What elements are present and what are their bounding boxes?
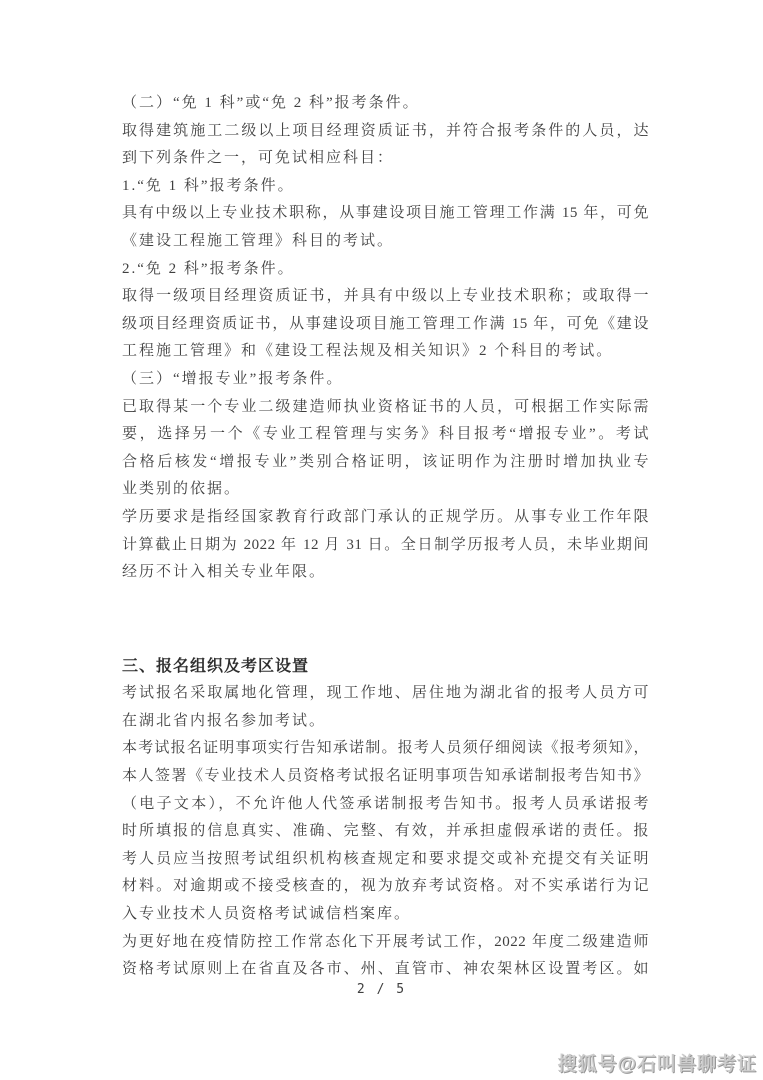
text-line: 到下列条件之一，可免试相应科目： [122,145,649,173]
text-line: 学历要求是指经国家教育行政部门承认的正规学历。从事专业工作年限 [122,504,649,532]
text-line: 工程施工管理》和《建设工程法规及相关知识》2 个科目的考试。 [122,338,649,366]
text-line: 在湖北省内报名参加考试。 [122,708,649,736]
text-line: 计算截止日期为 2022 年 12 月 31 日。全日制学历报考人员，未毕业期间 [122,532,649,560]
document-page: （二）“免 1 科”或“免 2 科”报考条件。取得建筑施工二级以上项目经理资质证… [0,0,763,1080]
text-line: 材料。对逾期或不接受核查的，视为放弃考试资格。对不实承诺行为记 [122,873,649,901]
text-line: 已取得某一个专业二级建造师执业资格证书的人员，可根据工作实际需 [122,394,649,422]
text-line: 具有中级以上专业技术职称，从事建设项目施工管理工作满 15 年，可免 [122,200,649,228]
text-line: 取得一级项目经理资质证书，并具有中级以上专业技术职称；或取得一 [122,283,649,311]
section-spacer [122,587,649,653]
text-line: 级项目经理资质证书，从事建设项目施工管理工作满 15 年，可免《建设 [122,311,649,339]
text-line: 本人签署《专业技术人员资格考试报名证明事项告知承诺制报考告知书》 [122,763,649,791]
text-line: 入专业技术人员资格考试诚信档案库。 [122,901,649,929]
text-line: 1.“免 1 科”报考条件。 [122,173,649,201]
text-line: 资格考试原则上在省直及各市、州、直管市、神农架林区设置考区。如 [122,956,649,984]
text-line: 时所填报的信息真实、准确、完整、有效，并承担虚假承诺的责任。报 [122,818,649,846]
text-line: 2.“免 2 科”报考条件。 [122,256,649,284]
text-line: 取得建筑施工二级以上项目经理资质证书，并符合报考条件的人员，达 [122,118,649,146]
text-line: 合格后核发“增报专业”类别合格证明，该证明作为注册时增加执业专 [122,449,649,477]
text-line: （电子文本），不允许他人代签承诺制报考告知书。报考人员承诺报考 [122,791,649,819]
watermark: 搜狐号@石叫兽聊考证 [557,1049,757,1076]
text-line: 《建设工程施工管理》科目的考试。 [122,228,649,256]
text-line: 经历不计入相关专业年限。 [122,559,649,587]
text-line: 考试报名采取属地化管理，现工作地、居住地为湖北省的报考人员方可 [122,680,649,708]
text-line: （三）“增报专业”报考条件。 [122,366,649,394]
section-heading: 三、报名组织及考区设置 [122,653,649,681]
page-number: 2 / 5 [0,982,763,997]
text-line: 业类别的依据。 [122,476,649,504]
text-line: 考人员应当按照考试组织机构核查规定和要求提交或补充提交有关证明 [122,846,649,874]
text-line: 为更好地在疫情防控工作常态化下开展考试工作，2022 年度二级建造师 [122,929,649,957]
text-line: （二）“免 1 科”或“免 2 科”报考条件。 [122,90,649,118]
text-line: 本考试报名证明事项实行告知承诺制。报考人员须仔细阅读《报考须知》， [122,735,649,763]
text-line: 要，选择另一个《专业工程管理与实务》科目报考“增报专业”。考试 [122,421,649,449]
document-body: （二）“免 1 科”或“免 2 科”报考条件。取得建筑施工二级以上项目经理资质证… [122,90,649,984]
